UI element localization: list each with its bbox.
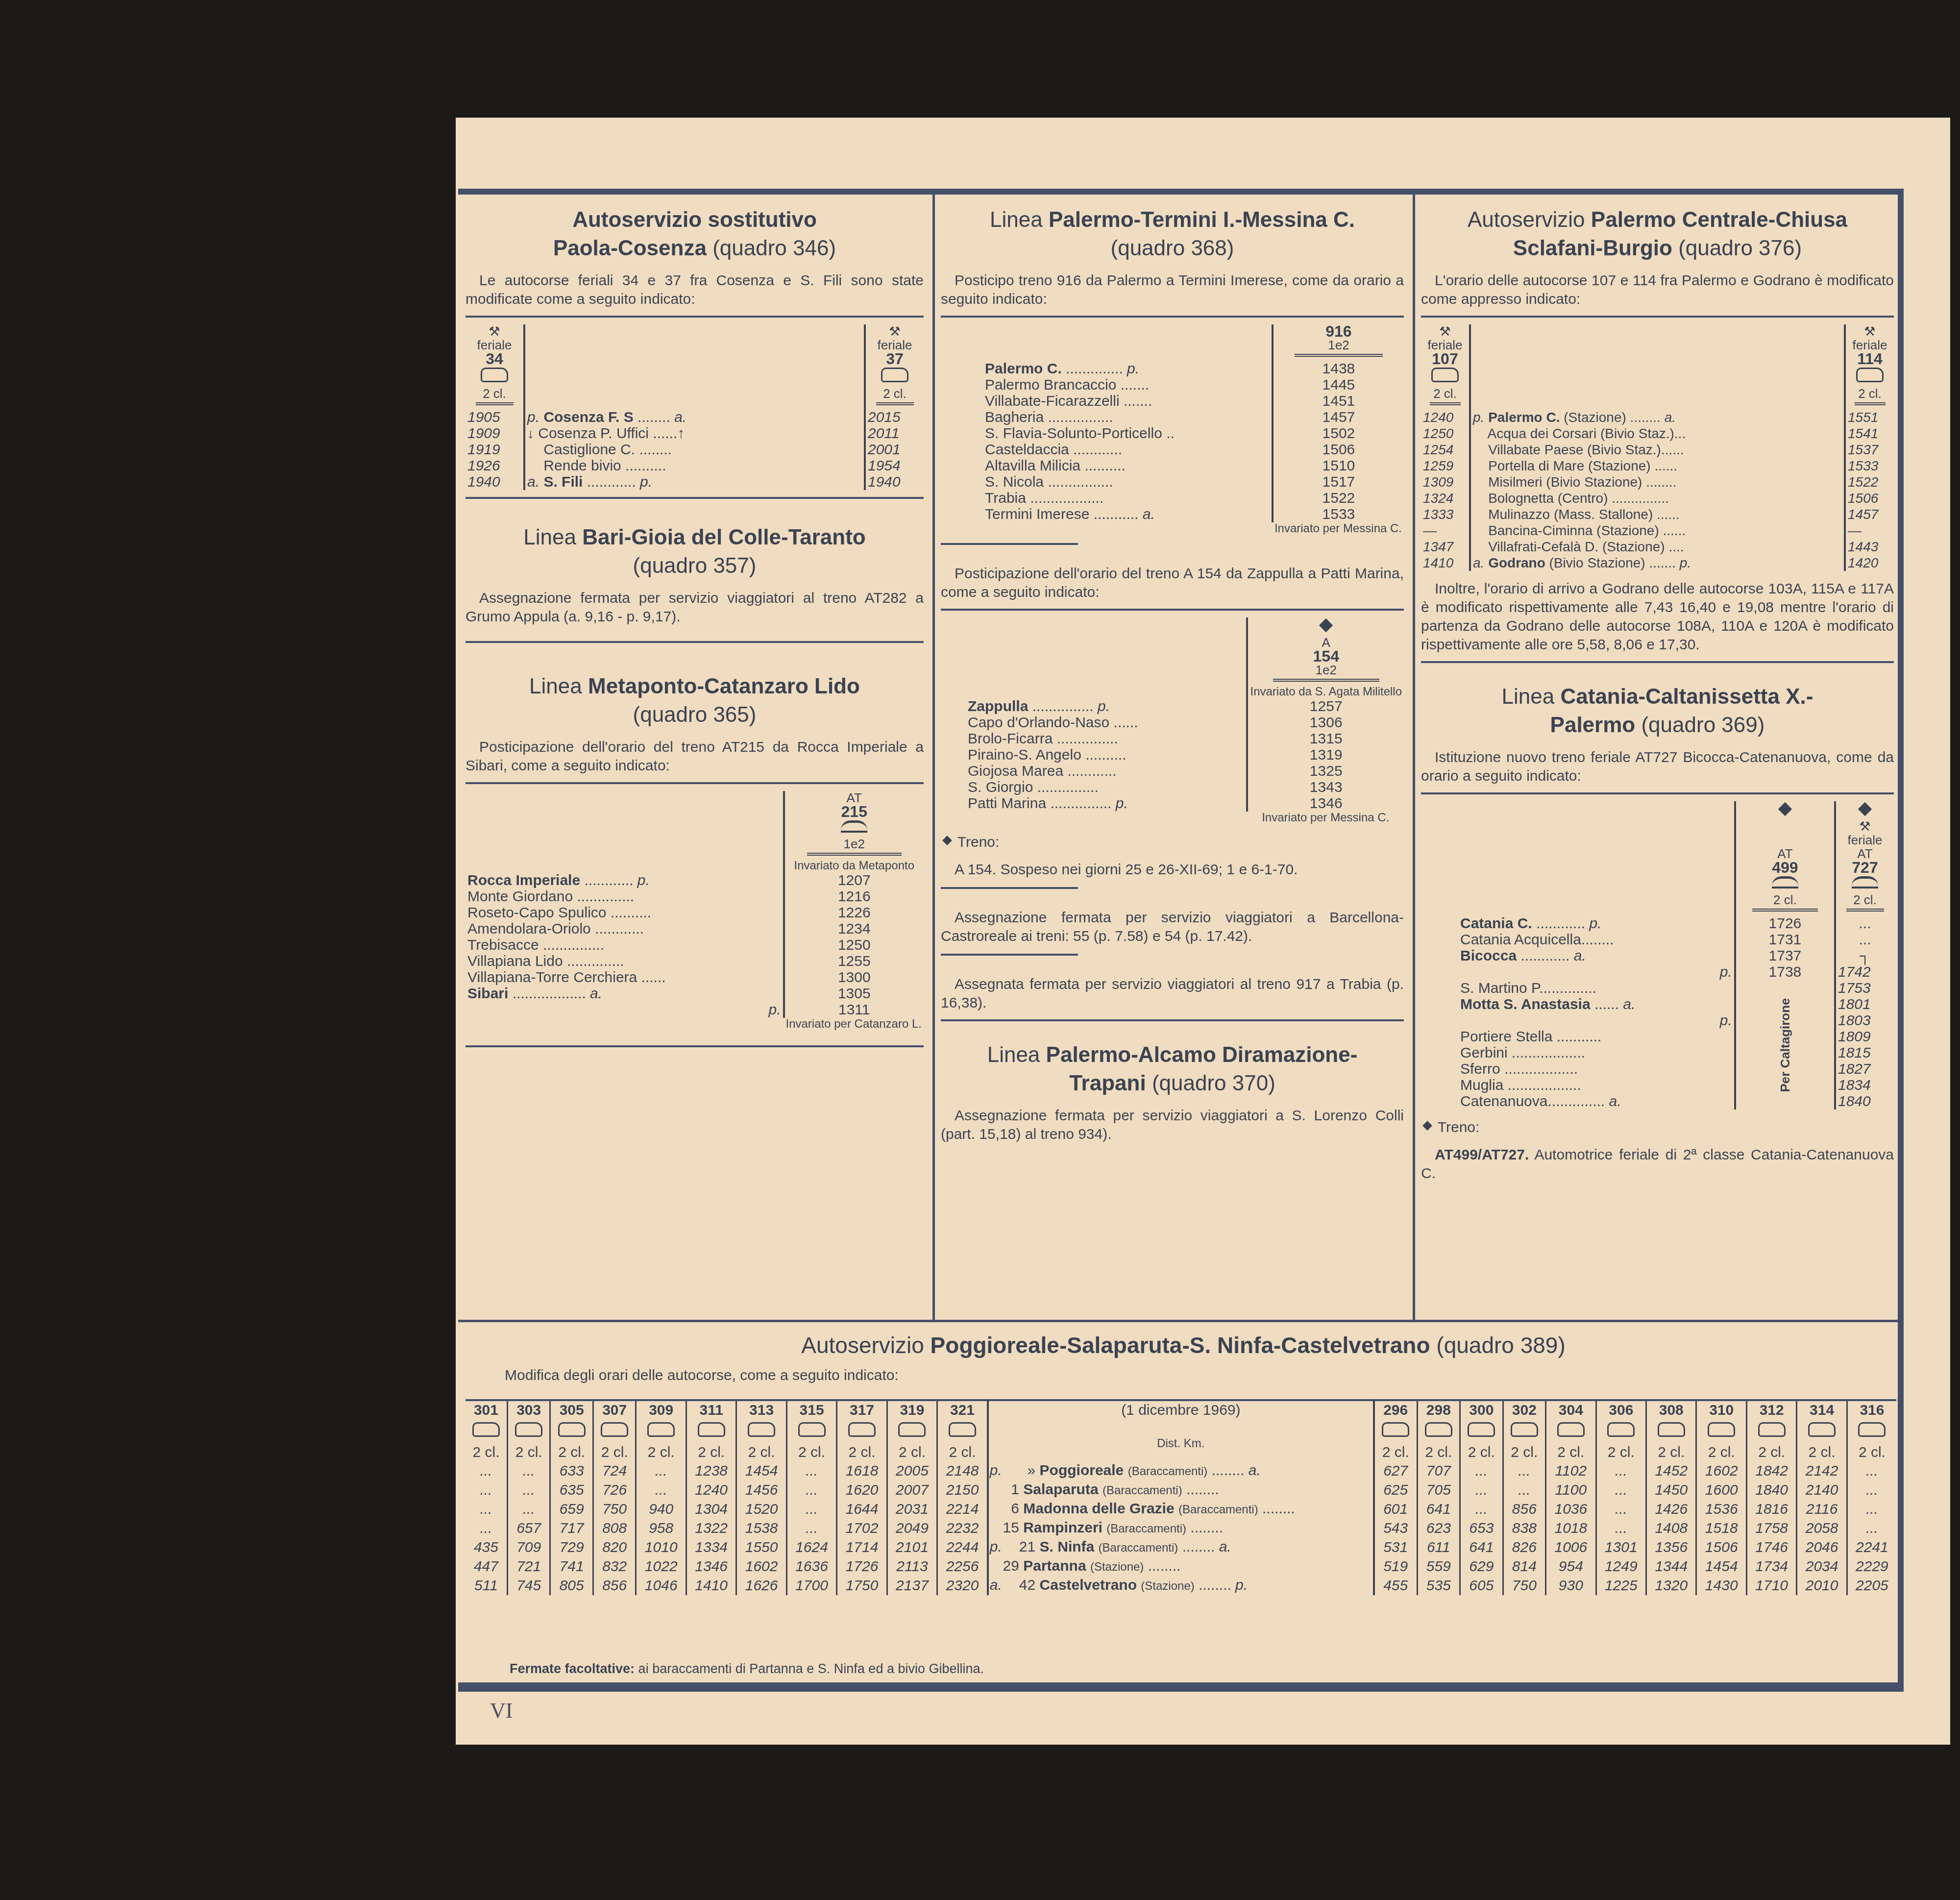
bus-icon [748, 1422, 775, 1437]
bus-icon [848, 1422, 876, 1437]
diamond-icon [1319, 618, 1333, 632]
run-header-114: ⚒feriale1142 cl. [1845, 324, 1894, 409]
page-number: VI [490, 1698, 513, 1723]
section-text: Assegnazione fermata per servizio viaggi… [941, 1107, 1404, 1144]
bus-icon [898, 1422, 926, 1437]
hammer-pick-icon: ⚒ [868, 324, 922, 338]
section-catania-palermo: Linea Catania-Caltanissetta X.-Palermo (… [1421, 683, 1894, 1183]
timetable-at215: AT215 1e2 Invariato da Metaponto Rocca I… [465, 791, 924, 1031]
section-a154: Posticipazione dell'orario del treno A 1… [941, 565, 1404, 889]
table-row: Piraino-S. Angelo ..........1319 [941, 747, 1404, 763]
table-row: 1254 Villabate Paese (Bivio Staz.)......… [1421, 442, 1894, 458]
bus-icon [1431, 368, 1459, 382]
timetable-at499-at727: AT4992 cl. ⚒ferialeAT7272 cl. Catania C.… [1421, 801, 1894, 1110]
table-row: 4357097298201010133415501624171421012244… [465, 1538, 1896, 1557]
table-row: Bagheria ................1457 [941, 409, 1404, 425]
bottom-section-title: Autoservizio Poggioreale-Salaparuta-S. N… [465, 1331, 1901, 1360]
station-cell: 15 Rampinzeri (Baraccamenti) ........ [988, 1519, 1374, 1538]
table-row: Catania C. ............ p.1726... [1421, 915, 1894, 932]
table-row: Catania Acquicella........1731... [1421, 932, 1894, 948]
table-row: Giojosa Marea ............1325 [941, 763, 1404, 779]
table-row: 1250 Acqua dei Corsari (Bivio Staz.)...1… [1421, 425, 1894, 442]
table-row: ......635726...12401456...162020072150 1… [465, 1481, 1896, 1500]
section-paola-cosenza: Autoservizio sostitutivo Paola-Cosenza (… [465, 206, 924, 499]
table-row: 1347 Villafrati-Cefalà D. (Stazione) ...… [1421, 539, 1894, 555]
section-title: Palermo-Alcamo Diramazione- [1046, 1043, 1358, 1067]
run-header-34: ⚒ feriale 34 2 cl. [465, 324, 524, 409]
diamond-icon [1422, 1121, 1432, 1131]
timetable-a154: A1541e2Invariato da S. Agata Militello Z… [941, 617, 1404, 824]
table-row: S. Flavia-Solunto-Porticello ..1502 [941, 425, 1404, 442]
table-row: Villabate-Ficarazzelli .......1451 [941, 393, 1404, 409]
bus-icon [1858, 1422, 1886, 1437]
run-header-37: ⚒ feriale 37 2 cl. [865, 324, 924, 409]
hammer-pick-icon: ⚒ [1423, 324, 1467, 338]
hammer-pick-icon: ⚒ [1848, 324, 1892, 338]
bus-icon [1758, 1422, 1786, 1437]
section-text: Le autocorse feriali 34 e 37 fra Cosenza… [465, 271, 924, 309]
station-cell: 1 Salaparuta (Baraccamenti) ........ [988, 1481, 1374, 1500]
table-row: Capo d'Orlando-Naso ......1306 [941, 715, 1404, 731]
table-row: ...65771780895813221538...170220492232 1… [465, 1519, 1896, 1538]
section-text: Assegnata fermata per servizio viaggiato… [941, 975, 1404, 1012]
timetable-107-114: ⚒feriale1072 cl. ⚒feriale1142 cl. 1240p.… [1421, 324, 1894, 571]
bus-icon [1468, 1422, 1495, 1437]
table-row: 5117458058561046141016261700175021372320… [465, 1576, 1896, 1595]
column-2: Linea Palermo-Termini I.-Messina C.(quad… [941, 206, 1404, 1144]
bus-icon [1856, 368, 1884, 382]
station-cell: p. 21 S. Ninfa (Baraccamenti) ........ a… [988, 1538, 1374, 1557]
section-palermo-burgio: Autoservizio Palermo Centrale-ChiusaScla… [1421, 206, 1894, 663]
table-row: Trebisacce ...............1250 [465, 937, 924, 953]
table-row: Roseto-Capo Spulico ..........1226 [465, 905, 924, 921]
section-text-2: Inoltre, l'orario di arrivo a Godrano de… [1421, 580, 1894, 654]
section-bari-taranto: Linea Bari-Gioia del Colle-Taranto(quadr… [465, 523, 924, 643]
section-text: Assegnazione fermata per servizio viaggi… [941, 909, 1404, 946]
table-row: 1940a. S. Fili ............ p.1940 [465, 474, 924, 490]
diamond-icon [942, 836, 952, 845]
column-divider-2 [1413, 194, 1415, 1321]
railcar-icon [1852, 876, 1878, 888]
table-row: p.1311 [465, 1002, 924, 1018]
section-text: Posticipazione dell'orario del treno AT2… [465, 738, 924, 775]
bus-icon [472, 1422, 500, 1437]
table-row: ......65975094013041520...164420312214 6… [465, 1500, 1896, 1519]
run-header-916: 9161e2 [1273, 324, 1404, 361]
bus-icon [949, 1422, 976, 1437]
bus-icon [1557, 1422, 1585, 1437]
run-header-a154: A1541e2Invariato da S. Agata Militello [1247, 617, 1404, 698]
diamond-icon [1858, 802, 1872, 816]
run-header-107: ⚒feriale1072 cl. [1421, 324, 1470, 409]
bus-icon [881, 368, 908, 382]
bus-icon [698, 1422, 725, 1437]
table-row: 1333 Mulinazzo (Mass. Stallone) ......14… [1421, 506, 1894, 522]
section-palermo-messina: Linea Palermo-Termini I.-Messina C.(quad… [941, 206, 1404, 545]
bus-icon [1425, 1422, 1452, 1437]
section-trabia: Assegnata fermata per servizio viaggiato… [941, 975, 1404, 1021]
run-header-at215: AT215 1e2 Invariato da Metaponto [784, 791, 924, 872]
table-row: ......633724...12381454...161820052148p.… [465, 1461, 1896, 1481]
section-title: Palermo Centrale-Chiusa [1591, 208, 1847, 232]
section-text: Posticipo treno 916 da Palermo a Termini… [941, 271, 1404, 309]
table-row: 1324 Bolognetta (Centro) ...............… [1421, 490, 1894, 506]
diamond-icon [1778, 802, 1792, 816]
timetable-916: 9161e2 Palermo C. .............. p.1438 … [941, 324, 1404, 535]
bus-icon [1658, 1422, 1685, 1437]
section-text: Istituzione nuovo treno feriale AT727 Bi… [1421, 748, 1894, 786]
bus-icon [1708, 1422, 1735, 1437]
date-header: (1 dicembre 1969)Dist. Km. [988, 1400, 1374, 1461]
section-text: Posticipazione dell'orario del treno A 1… [941, 565, 1404, 602]
station-cell: 6 Madonna delle Grazie (Baraccamenti) ..… [988, 1500, 1374, 1519]
table-row: 1410a. Godrano (Bivio Stazione) ....... … [1421, 555, 1894, 571]
station-cell: a. 42 Castelvetrano (Stazione) ........ … [988, 1576, 1374, 1595]
section-barcellona: Assegnazione fermata per servizio viaggi… [941, 909, 1404, 956]
timetable-body: ......633724...12381454...161820052148p.… [465, 1461, 1896, 1595]
table-row: 1919 Castiglione C. ........2001 [465, 442, 924, 458]
table-row: p.17381742 [1421, 964, 1894, 980]
bus-icon [515, 1422, 542, 1437]
table-row: 1905p. Cosenza F. S ........ a.2015 [465, 409, 924, 425]
bus-icon [481, 368, 508, 382]
hammer-pick-icon: ⚒ [467, 324, 521, 338]
table-row: Villapiana Lido ..............1255 [465, 953, 924, 969]
timetable-paola-cosenza: ⚒ feriale 34 2 cl. ⚒ feriale 37 2 cl. [465, 324, 924, 490]
table-row: — Bancina-Ciminna (Stazione) ......— [1421, 522, 1894, 539]
column-1: Autoservizio sostitutivo Paola-Cosenza (… [465, 206, 924, 1054]
bus-icon [1382, 1422, 1409, 1437]
section-title: Autoservizio sostitutivo [572, 208, 817, 232]
table-row: S. Nicola ................1517 [941, 474, 1404, 490]
run-header-at727: ⚒ferialeAT7272 cl. [1835, 801, 1894, 915]
treno-note: A 154. Sospeso nei giorni 25 e 26-XII-69… [941, 861, 1404, 879]
section-palermo-trapani: Linea Palermo-Alcamo Diramazione-Trapani… [941, 1041, 1404, 1144]
run-header-row: 301303305307309311313315317319321 (1 dic… [465, 1400, 1896, 1419]
table-row: Amendolara-Oriolo ............1234 [465, 921, 924, 937]
table-row: Palermo C. .............. p.1438 [941, 361, 1404, 377]
station-cell: 29 Partanna (Stazione) ........ [988, 1557, 1374, 1576]
section-title: Metaponto-Catanzaro Lido [588, 674, 860, 698]
table-row: Brolo-Ficarra ...............1315 [941, 731, 1404, 747]
table-row: Palermo Brancaccio .......1445 [941, 377, 1404, 393]
run-header-at499: AT4992 cl. [1735, 801, 1835, 915]
table-row: Termini Imerese ........... a.1533 [941, 506, 1404, 522]
section-text: L'orario delle autocorse 107 e 114 fra P… [1421, 271, 1894, 309]
table-row: 1259 Portella di Mare (Stazione) ......1… [1421, 458, 1894, 474]
railcar-icon [1772, 876, 1798, 888]
table-row: Trabia ..................1522 [941, 490, 1404, 506]
section-title: Bari-Gioia del Colle-Taranto [582, 525, 866, 549]
section-text: Assegnazione fermata per servizio viaggi… [465, 589, 924, 626]
column-divider-1 [932, 194, 935, 1321]
bus-icon [647, 1422, 675, 1437]
table-row: Monte Giordano ..............1216 [465, 888, 924, 905]
side-note-caltagirone: Per Caltagirone [1735, 980, 1835, 1110]
table-row: 1240p. Palermo C. (Stazione) ........ a.… [1421, 409, 1894, 425]
section-title: Palermo-Termini I.-Messina C. [1049, 208, 1355, 232]
bus-icon [558, 1422, 586, 1437]
section-metaponto-catanzaro: Linea Metaponto-Catanzaro Lido(quadro 36… [465, 672, 924, 1047]
table-row: 1926 Rende bivio ..........1954 [465, 458, 924, 474]
bus-icon [1808, 1422, 1836, 1437]
treno-note: AT499/AT727. Automotrice feriale di 2ª c… [1421, 1146, 1894, 1183]
bus-icon [601, 1422, 628, 1437]
table-row: Altavilla Milicia ..........1510 [941, 458, 1404, 474]
column-3: Autoservizio Palermo Centrale-ChiusaScla… [1421, 206, 1894, 1183]
table-row: 1309 Misilmeri (Bivio Stazione) ........… [1421, 474, 1894, 490]
table-row: Zappulla ............... p.1257 [941, 698, 1404, 715]
arrow-up-icon: ↑ [677, 425, 685, 442]
table-row: S. Giorgio ...............1343 [941, 779, 1404, 795]
table-row: S. Martino P..............Per Caltagiron… [1421, 980, 1894, 996]
table-row: Bicocca ............ a.1737┐ [1421, 948, 1894, 964]
table-row: Rocca Imperiale ............ p.1207 [465, 872, 924, 888]
bus-icon [798, 1422, 826, 1437]
table-row: 4477217418321022134616021636172621132256… [465, 1557, 1896, 1576]
bottom-frame-rule [458, 1686, 1904, 1692]
footer-note: Fermate facoltative: ai baraccamenti di … [510, 1661, 984, 1677]
station-cell: p. » Poggioreale (Baraccamenti) ........… [988, 1461, 1374, 1481]
railcar-icon [841, 820, 867, 833]
bus-icon [1607, 1422, 1635, 1437]
section-title: Catania-Caltanissetta X.- [1560, 685, 1813, 709]
hammer-pick-icon: ⚒ [1838, 819, 1892, 833]
table-row: Villapiana-Torre Cerchiera ......1300 [465, 969, 924, 986]
table-row: Patti Marina ............... p.1346 [941, 795, 1404, 812]
bus-icon [1511, 1422, 1538, 1437]
bottom-section-divider [458, 1320, 1904, 1322]
table-row: 1909↓ Cosenza P. Uffici ......↑2011 [465, 425, 924, 442]
bottom-section-subtitle: Modifica degli orari delle autocorse, co… [505, 1367, 899, 1384]
timetable-poggioreale-castelvetrano: 301303305307309311313315317319321 (1 dic… [465, 1399, 1896, 1595]
table-row: Sibari .................. a.1305 [465, 986, 924, 1002]
table-row: Casteldaccia ............1506 [941, 442, 1404, 458]
arrow-down-icon: ↓ [527, 426, 534, 441]
